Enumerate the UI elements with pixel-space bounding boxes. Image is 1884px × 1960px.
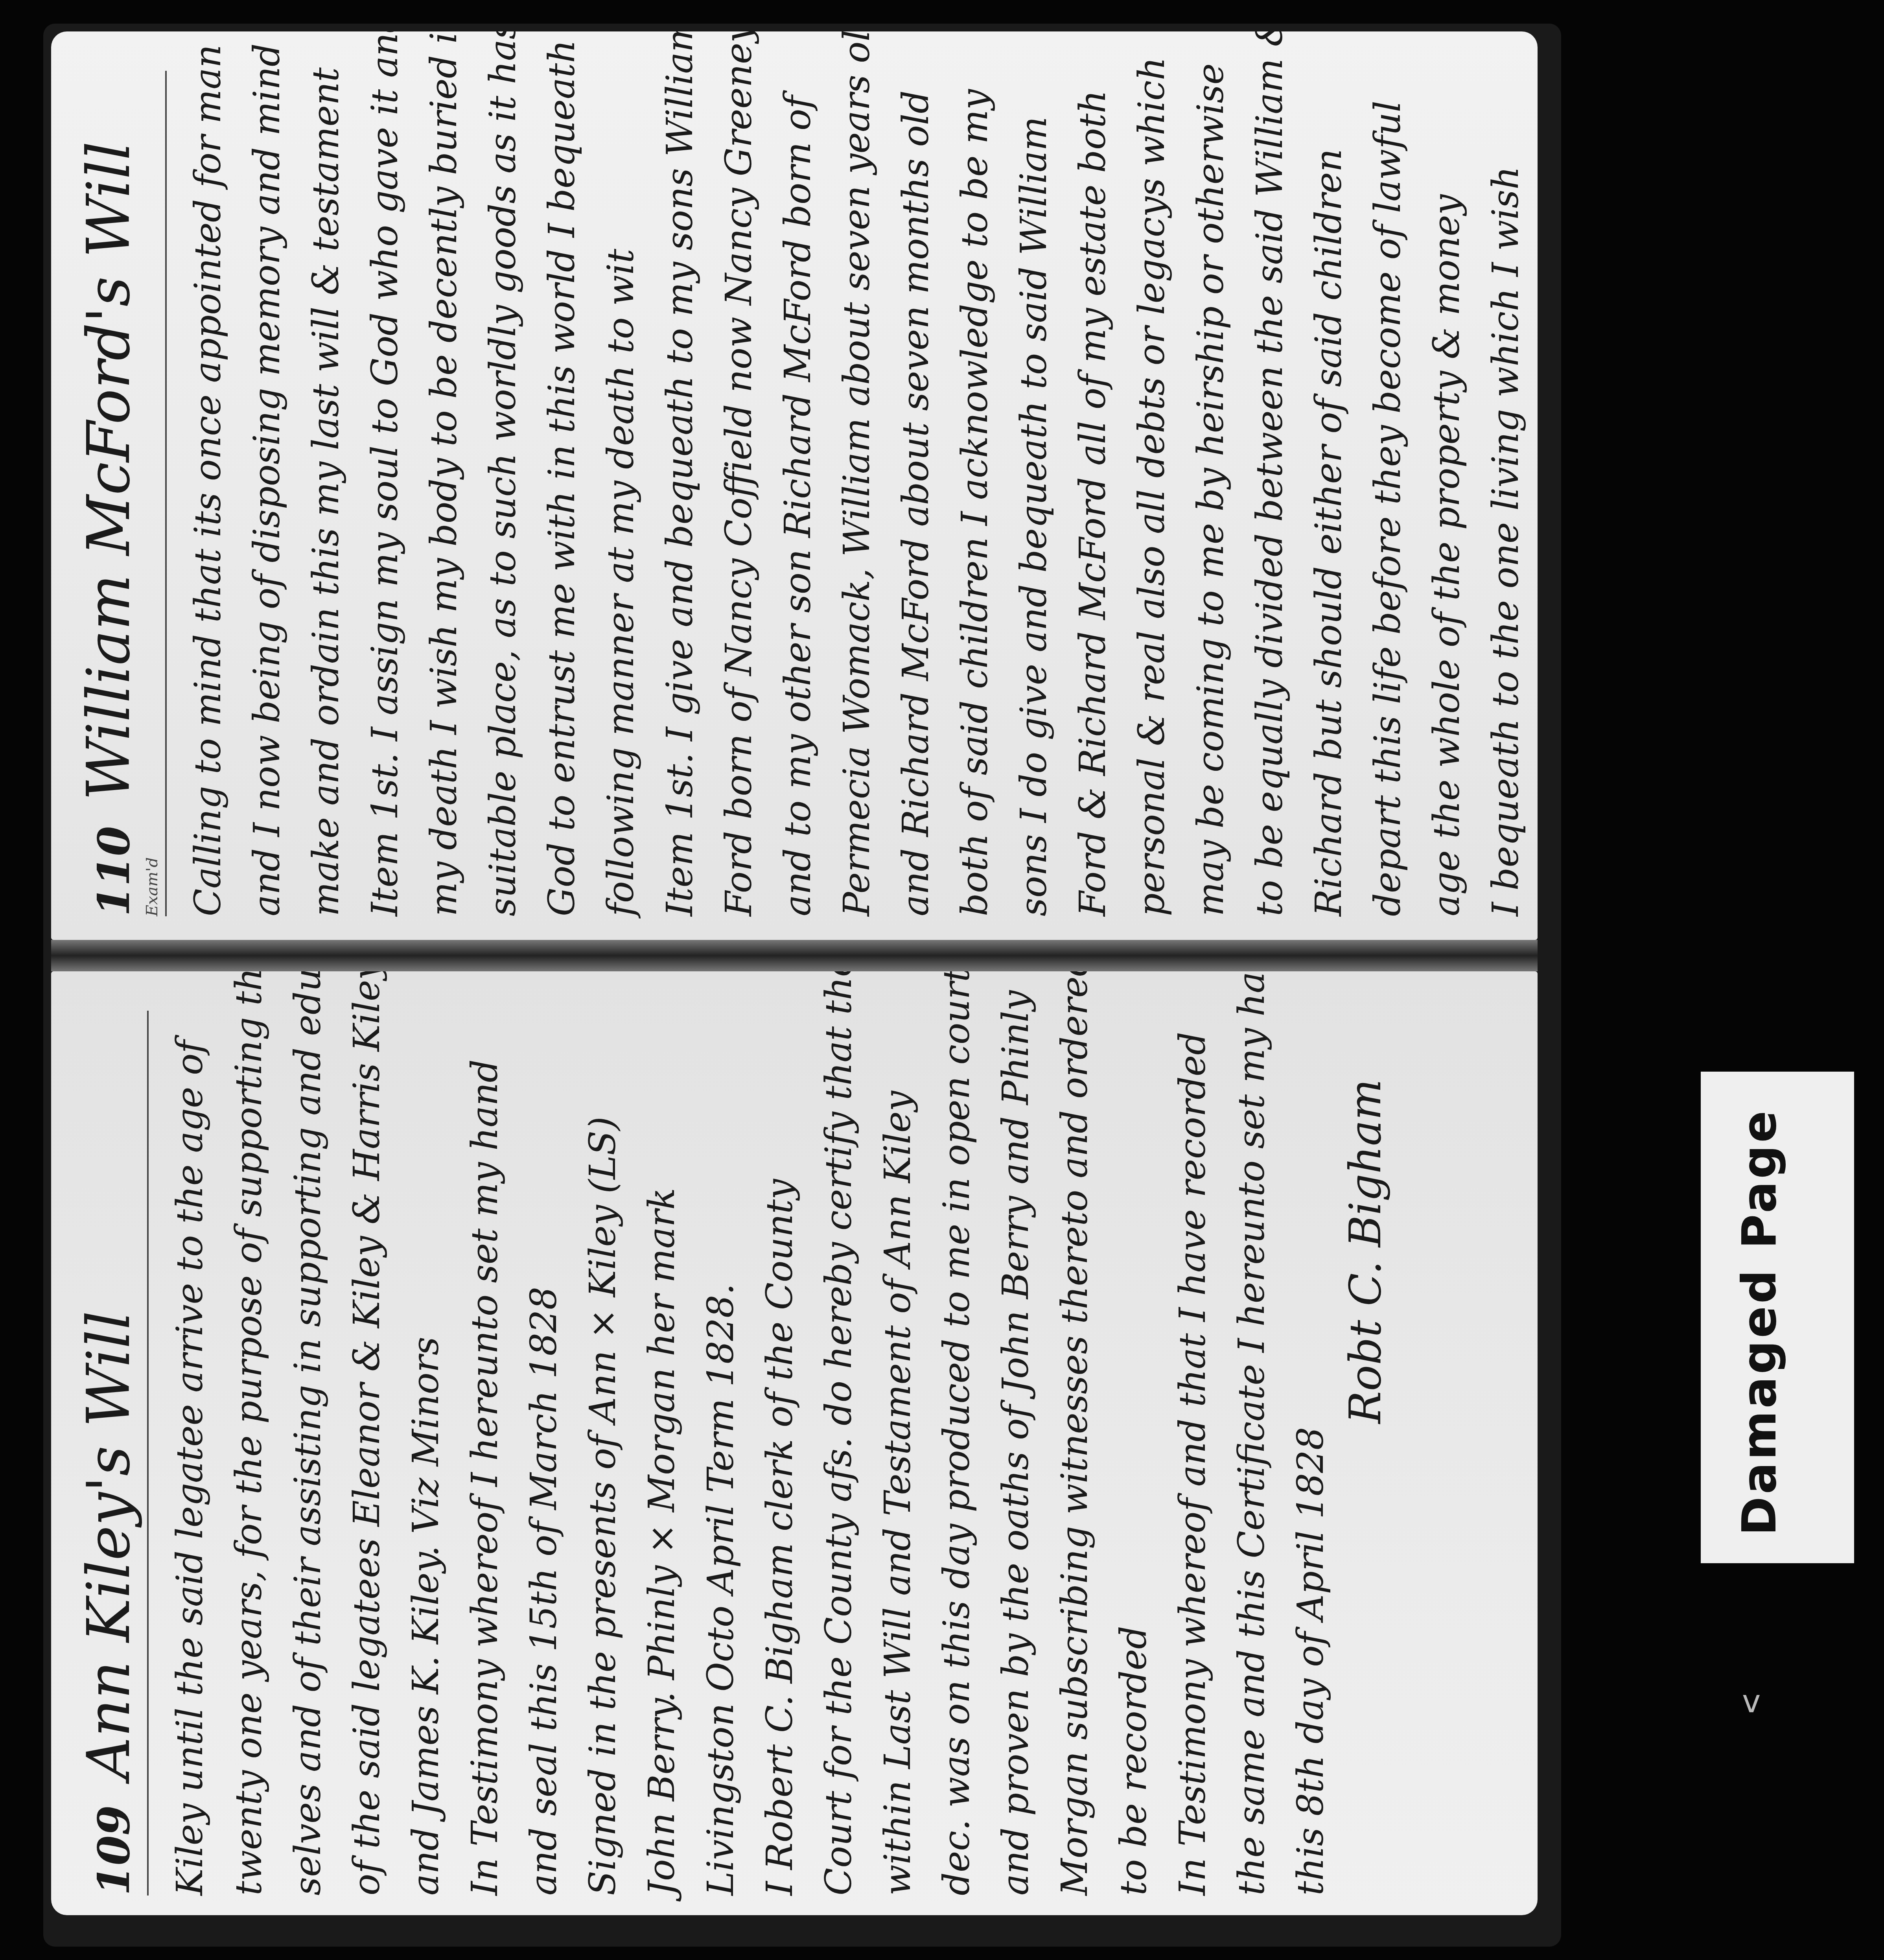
will-body: Kiley until the said legatee arrive to t… [160, 1011, 1340, 1896]
text-line: to be equally divided between the said W… [1240, 71, 1299, 916]
page-110-text: 110 William McFord's Will Exam'd Calling… [75, 71, 1538, 916]
text-line: Richard but should either of said childr… [1299, 71, 1358, 916]
damaged-page-label: Damaged Page [1732, 1108, 1787, 1536]
text-line: and I now being of disposing memory and … [238, 71, 297, 916]
text-line: In Testimony whereof I hereunto set my h… [455, 1011, 514, 1896]
ruled-line [147, 1011, 149, 1896]
text-line: I Robert C. Bigham clerk of the County [750, 1011, 809, 1896]
text-line: Court for the County afs. do hereby cert… [809, 1011, 868, 1896]
text-line: may be coming to me by heirship or other… [1181, 71, 1240, 916]
text-line: God to entrust me with in this world I b… [532, 71, 591, 916]
text-line: and Richard McFord about seven months ol… [886, 71, 945, 916]
text-line: the same and this Certificate I hereunto… [1222, 1011, 1281, 1896]
text-line: Item 1st. I assign my soul to God who ga… [355, 71, 414, 916]
will-body: Calling to mind that its once appointed … [179, 71, 1538, 916]
text-line: to have the whole of my estate. But if t… [1535, 71, 1538, 916]
margin-note: Exam'd [143, 71, 161, 916]
page-109-text: 109 Ann Kiley's Will Kiley until the sai… [75, 1011, 1390, 1896]
text-line: within Last Will and Testament of Ann Ki… [868, 1011, 927, 1896]
text-line: Kiley until the said legatee arrive to t… [160, 1011, 219, 1896]
text-line: Livingston Octo April Term 1828. [691, 1011, 750, 1896]
page-number: 109 [88, 1805, 139, 1896]
text-line: suitable place, as to such worldly goods… [473, 71, 532, 916]
corner-tick-mark: v [1742, 1683, 1761, 1720]
text-line: Item 1st. I give and bequeath to my sons… [650, 71, 709, 916]
text-line: depart this life before they become of l… [1358, 71, 1417, 916]
text-line: Calling to mind that its once appointed … [179, 71, 238, 916]
text-line: both of said children I acknowledge to b… [945, 71, 1004, 916]
text-line: and James K. Kiley. Viz Minors [396, 1011, 455, 1896]
text-line: In Testimony whereof and that I have rec… [1163, 1011, 1222, 1896]
text-line: selves and of their assisting in support… [278, 1011, 337, 1896]
text-line: Signed in the presents of Ann × Kiley (L… [573, 1011, 632, 1896]
will-heading: William McFord's Will [75, 142, 143, 801]
text-line: Ford & Richard McFord all of my estate b… [1063, 71, 1122, 916]
text-line: and to my other son Richard McFord born … [768, 71, 827, 916]
page-number: 110 [88, 826, 139, 916]
text-line: twenty one years, for the purpose of sup… [219, 1011, 278, 1896]
page-110: 110 William McFord's Will Exam'd Calling… [51, 31, 1538, 940]
book-gutter [51, 940, 1538, 971]
text-line: of the said legatees Eleanor & Kiley & H… [337, 1011, 396, 1896]
page-109: 109 Ann Kiley's Will Kiley until the sai… [51, 971, 1538, 1915]
text-line: and proven by the oaths of John Berry an… [986, 1011, 1045, 1896]
text-line: personal & real also all debts or legacy… [1122, 71, 1181, 916]
ruled-line [165, 71, 167, 916]
text-line: John Berry. Phinly × Morgan her mark [632, 1011, 691, 1896]
text-line: age the whole of the property & money [1417, 71, 1476, 916]
damaged-page-card: Damaged Page [1701, 1072, 1854, 1563]
text-line: my death I wish my body to be decently b… [414, 71, 473, 916]
text-line: this 8th day of April 1828 [1281, 1011, 1340, 1896]
text-line: to be recorded [1104, 1011, 1163, 1896]
text-line: Ford born of Nancy Coffield now Nancy Gr… [709, 71, 768, 916]
text-line: sons I do give and bequeath to said Will… [1004, 71, 1063, 916]
text-line: dec. was on this day produced to me in o… [927, 1011, 986, 1896]
will-heading: Ann Kiley's Will [75, 1311, 143, 1779]
clerk-signature: Robt C. Bigham [1340, 1011, 1390, 1896]
text-line: following manner at my death to wit [591, 71, 650, 916]
text-line: Permecia Womack, William about seven yea… [827, 71, 886, 916]
text-line: and seal this 15th of March 1828 [514, 1011, 573, 1896]
text-line: Morgan subscribing witnesses thereto and… [1045, 1011, 1104, 1896]
text-line: make and ordain this my last will & test… [297, 71, 355, 916]
text-line: I bequeath to the one living which I wis… [1476, 71, 1535, 916]
